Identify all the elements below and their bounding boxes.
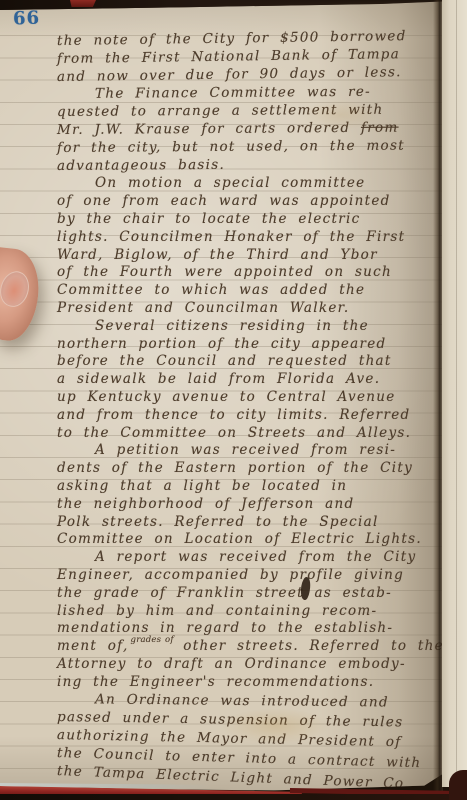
handwritten-line: northern portion of the city appeared — [57, 336, 447, 354]
paper-stain — [220, 708, 330, 744]
binding-red-top-sliver — [70, 0, 96, 7]
handwritten-line: asking that a light be located in — [57, 478, 447, 496]
adjacent-page-edge — [442, 0, 467, 787]
handwritten-line: Engineer, accompanied by profile giving — [57, 567, 447, 585]
handwritten-line: the neighborhood of Jefferson and — [57, 496, 447, 514]
bottom-right-corner-shadow — [449, 770, 467, 800]
handwritten-line: President and Councilman Walker. — [57, 300, 447, 318]
page-number: 66 — [13, 8, 41, 30]
handwritten-line: by the chair to locate the electric — [57, 211, 447, 229]
paper-stain — [300, 100, 380, 130]
handwritten-line: dents of the Eastern portion of the City — [57, 460, 447, 478]
adjacent-page-crease — [456, 0, 457, 787]
handwritten-line: A petition was received from resi- — [57, 442, 447, 460]
handwritten-line: lished by him and containing recom- — [57, 603, 447, 621]
interlinear-insertion: grades of — [131, 632, 174, 650]
handwritten-line: the grade of Franklin street as estab- — [57, 585, 447, 603]
ledger-photo: 66 the note of the City for $500 borrowe… — [0, 0, 467, 800]
handwritten-line: of one from each ward was appointed — [57, 193, 447, 211]
handwritten-line: and from thence to city limits. Referred — [57, 407, 447, 425]
handwritten-line: A report was received from the City — [57, 549, 447, 567]
handwritten-line: Ward, Biglow, of the Third and Ybor — [57, 247, 447, 265]
handwritten-line: ing the Engineer's recommendations. — [57, 674, 447, 692]
handwritten-line: for the city, but not used, on the most — [57, 137, 447, 158]
handwritten-line: of the Fourth were appointed on such — [57, 264, 447, 282]
handwritten-line: up Kentucky avenue to Central Avenue — [57, 389, 447, 407]
handwritten-line: Committee on Location of Electric Lights… — [57, 531, 447, 549]
handwritten-text-block: the note of the City for $500 borrowedfr… — [57, 33, 447, 780]
handwritten-line: to the Committee on Streets and Alleys. — [57, 425, 447, 443]
handwritten-line: lights. Councilmen Honaker of the First — [57, 229, 447, 247]
handwritten-line: Attorney to draft an Ordinance embody- — [57, 656, 447, 674]
bottom-dark-band — [0, 794, 467, 800]
handwritten-line: ment of,grades of other streets. Referre… — [57, 638, 447, 656]
thumb-nail — [0, 268, 33, 310]
handwritten-line: On motion a special committee — [57, 175, 447, 193]
handwritten-line: advantageous basis. — [57, 155, 447, 176]
handwritten-line: before the Council and requested that — [57, 353, 447, 371]
handwritten-line: Several citizens residing in the — [57, 318, 447, 336]
handwritten-line: Polk streets. Referred to the Special — [57, 514, 447, 532]
ledger-page: 66 the note of the City for $500 borrowe… — [0, 0, 442, 800]
handwritten-line: Committee to which was added the — [57, 282, 447, 300]
handwritten-line: a sidewalk be laid from Florida Ave. — [57, 371, 447, 389]
handwritten-line: mendations in regard to the establish- — [57, 620, 447, 638]
